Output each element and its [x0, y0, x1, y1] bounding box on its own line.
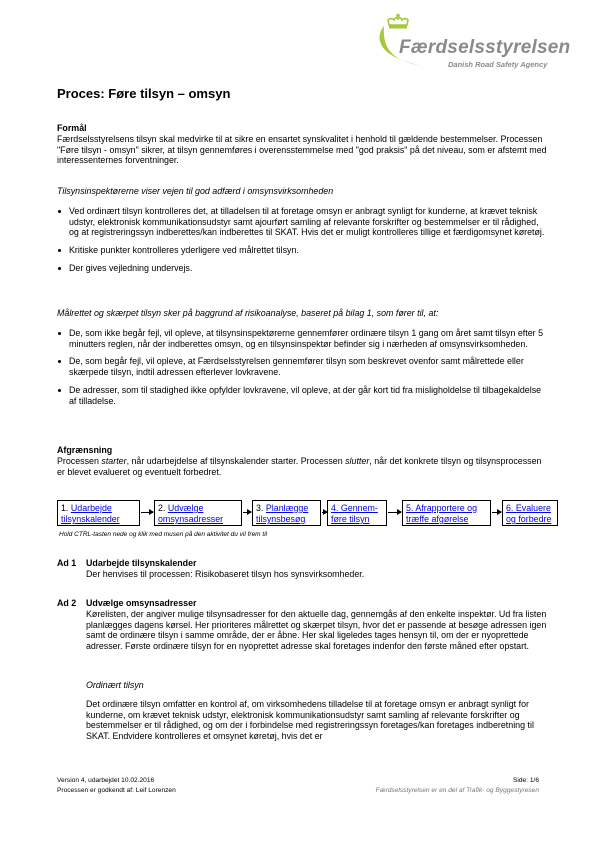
list-item: De, som ikke begår fejl, vil opleve, at …	[57, 328, 547, 350]
flow-step-link[interactable]: Udarbejde	[71, 503, 112, 513]
ad-2-number: Ad 2	[57, 598, 76, 608]
flow-step-link[interactable]: og forbedre	[506, 514, 551, 524]
list-item: De adresser, som til stadighed ikke opfy…	[57, 385, 547, 407]
flow-step-link[interactable]: 4. Gennem-	[331, 503, 378, 513]
flow-hint: Hold CTRL-tasten nede og klik med musen …	[59, 531, 267, 538]
section-targeted-subheading: Målrettet og skærpet tilsyn sker på bagg…	[57, 308, 547, 319]
flow-step-link[interactable]: omsynsadresser	[158, 514, 223, 524]
ad-2-subheading: Ordinært tilsyn	[86, 680, 547, 691]
guidance-bullet-list: Ved ordinært tilsyn kontrolleres det, at…	[57, 206, 547, 274]
crown-icon	[385, 13, 411, 31]
footer-version: Version 4, udarbejdet 10.02.2016	[57, 776, 176, 786]
targeted-bullet-list: De, som ikke begår fejl, vil opleve, at …	[57, 328, 547, 407]
ad-1-number: Ad 1	[57, 558, 76, 568]
ad-2-heading: Udvælge omsynsadresser	[86, 598, 547, 609]
flow-step-5[interactable]: 5. Afrapportere og træffe afgørelse	[402, 500, 491, 526]
ad-2-text: Kørelisten, der angiver mulige tilsynsad…	[86, 609, 547, 652]
list-item: Der gives vejledning undervejs.	[57, 263, 547, 274]
list-item: De, som begår fejl, vil opleve, at Færds…	[57, 356, 547, 378]
flow-step-6[interactable]: 6. Evaluere og forbedre	[502, 500, 558, 526]
footer-left: Version 4, udarbejdet 10.02.2016 Process…	[57, 776, 176, 796]
scope-start-word: starter	[101, 456, 126, 466]
flow-step-2[interactable]: 2. Udvælge omsynsadresser	[154, 500, 242, 526]
footer-approved: Processen er godkendt af: Leif Lorenzen	[57, 786, 176, 796]
purpose-heading: Formål	[57, 123, 547, 134]
ad-1-text: Der henvises til processen: Risikobasere…	[86, 569, 547, 580]
scope-heading: Afgrænsning	[57, 445, 547, 456]
flow-step-number: 2.	[158, 503, 165, 513]
ad-2-subtext: Det ordinære tilsyn omfatter en kontrol …	[86, 699, 547, 742]
flow-step-link[interactable]: 6. Evaluere	[506, 503, 551, 513]
flow-arrow-icon	[141, 512, 153, 513]
scope-section: Afgrænsning Processen starter, når udarb…	[57, 445, 547, 477]
flow-step-link[interactable]: tilsynskalender	[61, 514, 120, 524]
process-flow: 1. Udarbejde tilsynskalender 2. Udvælge …	[57, 500, 557, 530]
ad-1-heading: Udarbejde tilsynskalender	[86, 558, 547, 569]
scope-text-part: , når udarbejdelse af tilsynskalender st…	[127, 456, 346, 466]
flow-arrow-icon	[388, 512, 401, 513]
logo-subtitle: Danish Road Safety Agency	[448, 60, 547, 69]
purpose-section: Formål Færdselsstyrelsens tilsyn skal me…	[57, 123, 547, 166]
flow-step-link[interactable]: tilsynsbesøg	[256, 514, 305, 524]
section-guidance: Tilsynsinspektørerne viser vejen til god…	[57, 186, 547, 281]
scope-text: Processen starter, når udarbejdelse af t…	[57, 456, 547, 478]
footer-page-number: Side: 1/6	[376, 776, 539, 786]
flow-arrow-icon	[492, 512, 501, 513]
flow-step-link[interactable]: Planlægge	[266, 503, 308, 513]
scope-end-word: slutter	[345, 456, 369, 466]
flow-step-link[interactable]: føre tilsyn	[331, 514, 369, 524]
flow-step-link[interactable]: træffe afgørelse	[406, 514, 468, 524]
section-targeted: Målrettet og skærpet tilsyn sker på bagg…	[57, 308, 547, 414]
footer-right: Side: 1/6 Færdselsstyrelsen er en del af…	[376, 776, 539, 796]
flow-step-number: 1.	[61, 503, 68, 513]
flow-step-link[interactable]: Udvælge	[168, 503, 204, 513]
purpose-text: Færdselsstyrelsens tilsyn skal medvirke …	[57, 134, 547, 166]
flow-step-1[interactable]: 1. Udarbejde tilsynskalender	[57, 500, 140, 526]
flow-step-link[interactable]: 5. Afrapportere og	[406, 503, 477, 513]
page-title: Proces: Føre tilsyn – omsyn	[57, 86, 230, 101]
agency-logo: Færdselsstyrelsen Danish Road Safety Age…	[370, 10, 560, 72]
logo-name: Færdselsstyrelsen	[399, 37, 570, 59]
flow-arrow-icon	[243, 512, 251, 513]
flow-step-4[interactable]: 4. Gennem- føre tilsyn	[327, 500, 387, 526]
flow-step-3[interactable]: 3. Planlægge tilsynsbesøg	[252, 500, 321, 526]
list-item: Ved ordinært tilsyn kontrolleres det, at…	[57, 206, 547, 238]
section-guidance-subheading: Tilsynsinspektørerne viser vejen til god…	[57, 186, 547, 197]
scope-text-part: Processen	[57, 456, 101, 466]
footer-agency-note: Færdselsstyrelsen er en del af Trafik- o…	[376, 786, 539, 796]
list-item: Kritiske punkter kontrolleres yderligere…	[57, 245, 547, 256]
flow-step-number: 3.	[256, 503, 263, 513]
